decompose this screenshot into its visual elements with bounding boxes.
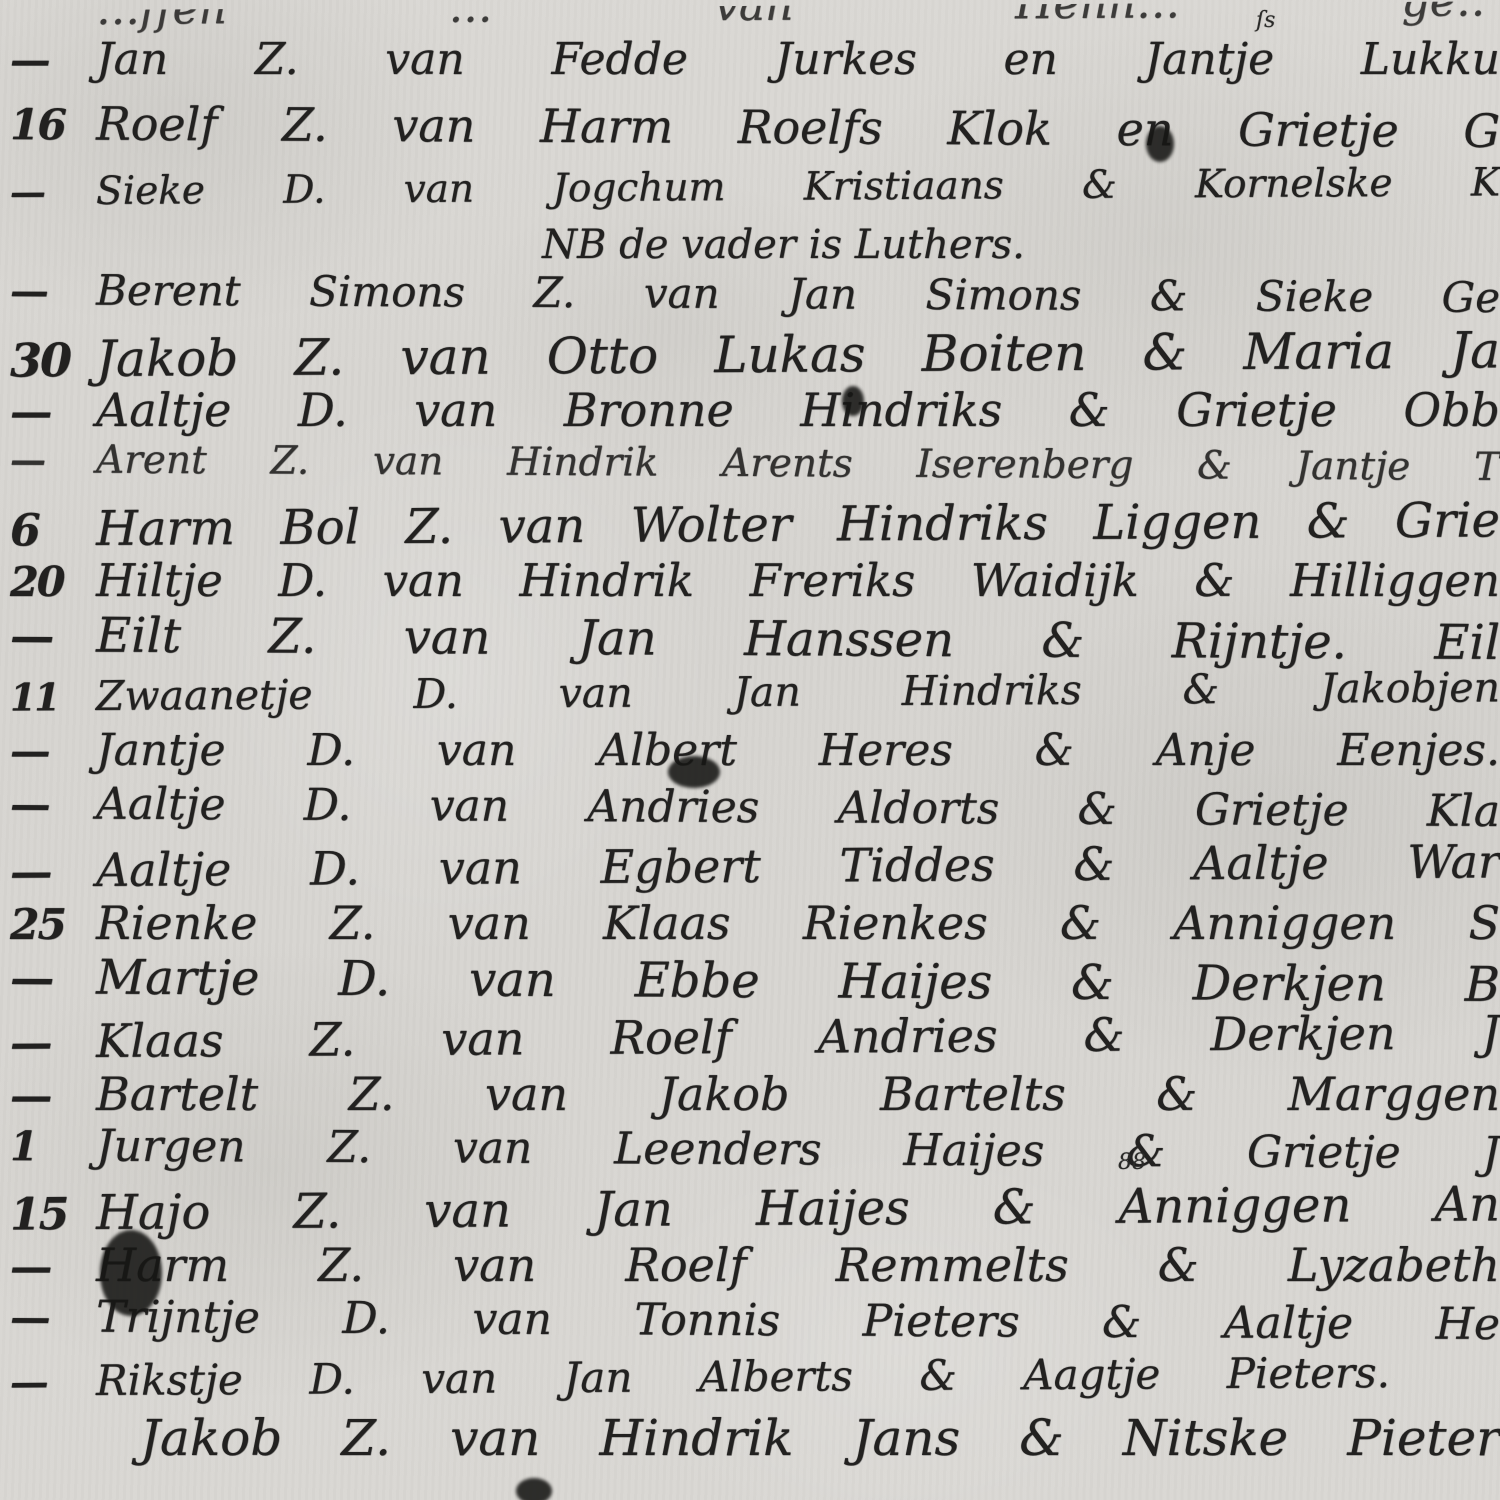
entry-margin-number: — bbox=[0, 175, 96, 211]
entry-text: Aaltje D. van Bronne Hindriks & Grietje … bbox=[96, 387, 1500, 433]
register-entry: 6 Harm Bol Z. van Wolter Hindriks Liggen… bbox=[0, 496, 1486, 562]
register-entry: 11 Zwaanetje D. van Jan Hindriks & Jakob… bbox=[0, 667, 1486, 733]
register-entry: 30 Jakob Z. van Otto Lukas Boiten & Mari… bbox=[0, 325, 1486, 391]
entry-text: Martje D. van Ebbe Haijes & Derkjen B bbox=[96, 954, 1500, 1009]
register-entry: — Sieke D. van Jogchum Kristiaans & Korn… bbox=[0, 163, 1486, 229]
entry-margin-number: — bbox=[0, 1297, 96, 1338]
entry-margin-number: — bbox=[0, 1021, 96, 1064]
entry-text: Jurgen Z. van Leenders Haijes & Grietje … bbox=[96, 1125, 1500, 1176]
entry-text: Bartelt Z. van Jakob Bartelts & Marggen bbox=[96, 1071, 1500, 1117]
register-entry: — Aaltje D. van Egbert Tiddes & Aaltje W… bbox=[0, 838, 1486, 904]
entry-text: Aaltje D. van Andries Aldorts & Grietje … bbox=[96, 783, 1500, 834]
register-entry: — Klaas Z. van Roelf Andries & Derkjen J bbox=[0, 1009, 1486, 1075]
entry-margin-number: 11 bbox=[0, 679, 96, 717]
entry-margin-number: — bbox=[0, 273, 96, 312]
ink-blot bbox=[842, 386, 864, 416]
entry-margin-number: — bbox=[0, 390, 96, 432]
entry-text: Trijntje D. van Tonnis Pieters & Aaltje … bbox=[96, 1296, 1500, 1347]
ink-blot bbox=[100, 1230, 162, 1316]
register-entry: — Jan Z. van Fedde Jurkes en Jantje Lukk… bbox=[0, 38, 1486, 104]
register-entries: …ſſen … van Henn… ge… — Jan Z. van Fedde… bbox=[0, 6, 1486, 1483]
register-entry: — Harm Z. van Roelf Remmelts & Lyzabeth bbox=[0, 1242, 1486, 1299]
entry-text: Arent Z. van Hindrik Arents Iserenberg &… bbox=[96, 441, 1500, 487]
register-entry: — Aaltje D. van Bronne Hindriks & Grietj… bbox=[0, 387, 1486, 444]
entry-margin-number: 15 bbox=[0, 1193, 96, 1238]
entry-margin-number: 6 bbox=[0, 509, 96, 554]
entry-text: …ſſen … van Henn… ge… bbox=[96, 1, 1486, 31]
entry-margin-number: 20 bbox=[0, 561, 96, 602]
entry-text: Hiltje D. van Hindrik Freriks Waidijk & … bbox=[96, 558, 1500, 603]
entry-margin-number: — bbox=[0, 850, 96, 893]
entry-margin-number: 25 bbox=[0, 903, 96, 945]
entry-text: Roelf Z. van Harm Roelfs Klok en Grietje… bbox=[96, 101, 1500, 154]
entry-margin-number: 30 bbox=[0, 337, 96, 384]
ink-blot bbox=[668, 756, 720, 788]
entry-margin-number: — bbox=[0, 1245, 96, 1287]
register-entry: — Rikstje D. van Jan Alberts & Aagtje Pi… bbox=[0, 1351, 1486, 1417]
entry-text: Jan Z. van Fedde Jurkes en Jantje Lukku bbox=[96, 38, 1500, 82]
entry-margin-number: — bbox=[0, 784, 96, 825]
entry-text: Eilt Z. van Jan Hanssen & Rijntje. Eil bbox=[96, 612, 1500, 667]
entry-text: Jakob Z. van Otto Lukas Boiten & Maria J… bbox=[96, 325, 1500, 384]
entry-text: Jakob Z. van Hindrik Jans & Nitske Piete… bbox=[140, 1413, 1500, 1463]
entry-text: NB de vader is Luthers. bbox=[96, 225, 1486, 265]
entry-text: Rienke Z. van Klaas Rienkes & Anniggen S bbox=[96, 900, 1500, 946]
entry-margin-number: — bbox=[0, 615, 96, 660]
entry-text: Hajo Z. van Jan Haijes & Anniggen An bbox=[96, 1180, 1500, 1237]
entry-text: Zwaanetje D. van Jan Hindriks & Jakobjen bbox=[96, 667, 1500, 717]
entry-text: Jantje D. van Albert Heres & Anje Eenjes… bbox=[96, 729, 1500, 773]
entry-text: Aaltje D. van Egbert Tiddes & Aaltje War bbox=[96, 838, 1500, 893]
entry-margin-number: 16 bbox=[0, 103, 96, 146]
scanned-register-page: { "page": { "kind": "handwritten Dutch b… bbox=[0, 0, 1500, 1500]
entry-margin-number: — bbox=[0, 443, 96, 479]
entry-text: Rikstje D. van Jan Alberts & Aagtje Piet… bbox=[96, 1352, 1390, 1402]
ink-blot bbox=[1146, 126, 1174, 162]
entry-text: Berent Simons Z. van Jan Simons & Sieke … bbox=[96, 270, 1500, 319]
superscript-mark: 88 bbox=[1118, 1150, 1146, 1175]
register-entry: 20 Hiltje D. van Hindrik Freriks Waidijk… bbox=[0, 558, 1486, 615]
entry-margin-number: — bbox=[0, 40, 96, 80]
entry-text: Sieke D. van Jogchum Kristiaans & Kornel… bbox=[96, 163, 1500, 211]
register-entry: 25 Rienke Z. van Klaas Rienkes & Annigge… bbox=[0, 900, 1486, 957]
entry-margin-number: — bbox=[0, 1364, 96, 1403]
entry-margin-number: — bbox=[0, 731, 96, 771]
entry-margin-number: — bbox=[0, 957, 96, 1002]
register-entry: Jakob Z. van Hindrik Jans & Nitske Piete… bbox=[0, 1413, 1486, 1483]
register-entry: 15 Hajo Z. van Jan Haijes & Anniggen An bbox=[0, 1180, 1486, 1246]
ink-blot bbox=[516, 1478, 552, 1500]
superscript-mark: ſs bbox=[1256, 8, 1275, 33]
register-entry: — Bartelt Z. van Jakob Bartelts & Margge… bbox=[0, 1071, 1486, 1128]
entry-text: Klaas Z. van Roelf Andries & Derkjen J bbox=[96, 1009, 1500, 1064]
entry-margin-number: — bbox=[0, 1074, 96, 1116]
entry-text: Harm Bol Z. van Wolter Hindriks Liggen &… bbox=[96, 496, 1500, 553]
entry-margin-number: 1 bbox=[0, 1126, 96, 1167]
entry-text: Harm Z. van Roelf Remmelts & Lyzabeth bbox=[96, 1242, 1500, 1288]
register-entry: — Jantje D. van Albert Heres & Anje Eenj… bbox=[0, 729, 1486, 786]
